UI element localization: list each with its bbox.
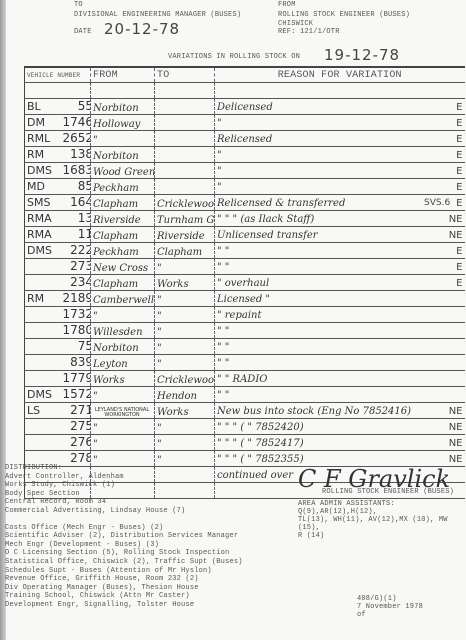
from-value: LEYLAND'S NATIONAL WORKINGTON xyxy=(93,408,151,418)
category-code: E xyxy=(456,102,462,113)
vehicle-prefix: DM xyxy=(27,116,55,129)
reason-cell: New bus into stock (Eng No 7852416)NE xyxy=(215,403,465,419)
to-cell: Turnham Gn xyxy=(155,211,215,227)
from-cell: LEYLAND'S NATIONAL WORKINGTON xyxy=(91,403,155,419)
category-code: NE xyxy=(449,438,463,449)
vehicle-number-cell: RM138 xyxy=(25,147,91,163)
vehicle-number-cell: 276 xyxy=(25,435,91,451)
from-value: Norbiton xyxy=(93,343,139,354)
vehicle-number: 278 xyxy=(55,451,91,465)
distribution-item: Schedules Supt - Buses (Attention of Mr … xyxy=(5,567,243,576)
vehicle-number: 164 xyxy=(55,195,91,209)
reason-text: " " " (as Ilack Staff) xyxy=(217,214,314,225)
to-cell: Works xyxy=(155,275,215,291)
table-row: DMS1683Wood Green"E xyxy=(25,163,465,179)
from-cell: Works xyxy=(91,371,155,387)
category-code: E xyxy=(456,278,462,289)
table-row: 273New Cross"" "E xyxy=(25,259,465,275)
vehicle-number: 271 xyxy=(55,403,91,417)
vehicle-number: 11 xyxy=(55,227,91,241)
distribution-item: Statistical Office, Chiswick (2), Traffi… xyxy=(5,558,243,567)
vehicle-number-cell: 1780 xyxy=(25,323,91,339)
from-value: Norbiton xyxy=(93,103,139,114)
from-value: Clapham xyxy=(93,231,138,242)
distribution-list: DISTRIBUTION: Advert Controller, Aldenha… xyxy=(5,464,243,610)
from-cell: Norbiton xyxy=(91,99,155,115)
category-code: NE xyxy=(449,406,463,417)
vehicle-number: 273 xyxy=(55,259,91,273)
vehicle-number-cell: 234 xyxy=(25,275,91,291)
category-code: NE xyxy=(449,230,463,241)
from-value: Willesden xyxy=(93,327,143,338)
form-reference: 408/G)(1) 7 November 1978 of xyxy=(357,595,423,619)
reason-text: " " xyxy=(217,246,229,257)
title-label: VARIATIONS IN ROLLING STOCK ON xyxy=(168,53,300,61)
to-cell xyxy=(155,131,215,147)
reason-text: " overhaul xyxy=(217,278,269,289)
from-value: " xyxy=(93,391,98,402)
vehicle-number-cell: LS271 xyxy=(25,403,91,419)
reason-cell: Unlicensed transferNE xyxy=(215,227,465,243)
category-code: NE xyxy=(449,214,463,225)
to-cell: " xyxy=(155,259,215,275)
reason-cell: " " xyxy=(215,323,465,339)
reason-cell: " overhaulE xyxy=(215,275,465,291)
table-row: 275""" " " ( " 7852420)NE xyxy=(25,419,465,435)
form-date: 7 November 1978 xyxy=(357,603,423,611)
from-value: Wood Green xyxy=(93,167,155,178)
distribution-item: Development Engr, Signalling, Tolster Ho… xyxy=(5,601,243,610)
vehicle-number: 234 xyxy=(55,275,91,289)
table-row: RML2652"RelicensedE xyxy=(25,131,465,147)
from-cell: Riverside xyxy=(91,211,155,227)
reason-cell: "E xyxy=(215,179,465,195)
table-row: SMS164ClaphamCricklewoodRelicensed & tra… xyxy=(25,195,465,211)
to-cell: Cricklewood xyxy=(155,371,215,387)
area-admin-line-1: AREA ADMIN ASSISTANTS: Q(9),AR(12),H(12)… xyxy=(298,500,466,516)
table-header-row: VEHICLE NUMBER FROM TO REASON FOR VARIAT… xyxy=(25,67,465,83)
category-code: NE xyxy=(449,454,463,465)
vehicle-number: 2652 xyxy=(55,131,91,145)
reason-text: " xyxy=(217,150,222,161)
from-cell: " xyxy=(91,387,155,403)
table-body: BL55NorbitonDelicensedEDM1746Holloway"ER… xyxy=(25,99,465,499)
vehicle-number-cell: 275 xyxy=(25,419,91,435)
reason-text: " " xyxy=(217,342,229,353)
to-cell xyxy=(155,147,215,163)
category-code: E xyxy=(456,198,462,209)
reason-cell: " " " ( " 7852420)NE xyxy=(215,419,465,435)
from-value: Holloway xyxy=(93,119,140,130)
distribution-item: Mech Engr (Development - Buses) (3) xyxy=(5,541,243,550)
col-to: TO xyxy=(155,67,215,83)
vehicle-prefix: DMS xyxy=(27,244,55,257)
from-cell: Camberwell xyxy=(91,291,155,307)
to-cell: " xyxy=(155,355,215,371)
reason-text: " " xyxy=(217,390,229,401)
vehicle-number: 1572 xyxy=(55,387,91,401)
table-row: RM2189Camberwell"Licensed " xyxy=(25,291,465,307)
to-cell: Clapham xyxy=(155,243,215,259)
area-admin-line-3: R (14) xyxy=(298,532,466,540)
table-spacer-row xyxy=(25,83,465,99)
to-cell xyxy=(155,99,215,115)
vehicle-prefix: RMA xyxy=(27,212,55,225)
distribution-item: Training School, Chiswick (Attn Mr Caste… xyxy=(5,592,243,601)
reason-cell: " " xyxy=(215,355,465,371)
vehicle-number-cell: 1732 xyxy=(25,307,91,323)
from-cell: Willesden xyxy=(91,323,155,339)
table-row: RM138Norbiton"E xyxy=(25,147,465,163)
ref-number: REF: 121/1/OTR xyxy=(278,28,340,36)
reason-text: " " xyxy=(217,326,229,337)
reason-cell: " "E xyxy=(215,243,465,259)
vehicle-prefix: SMS xyxy=(27,196,55,209)
title-date: 19-12-78 xyxy=(324,46,400,64)
from-value: Camberwell xyxy=(93,295,154,306)
to-value: DIVISIONAL ENGINEERING MANAGER (BUSES) xyxy=(74,11,241,19)
vehicle-number-cell: 1779 xyxy=(25,371,91,387)
to-cell: Riverside xyxy=(155,227,215,243)
from-cell: Peckham xyxy=(91,179,155,195)
reason-cell: Licensed " xyxy=(215,291,465,307)
category-code: E xyxy=(456,150,462,161)
vehicle-number: 1732 xyxy=(55,307,91,321)
reason-cell: "E xyxy=(215,147,465,163)
reason-text: " xyxy=(217,118,222,129)
form-code: 408/G)(1) xyxy=(357,595,423,603)
from-cell: New Cross xyxy=(91,259,155,275)
vehicle-number-cell: 273 xyxy=(25,259,91,275)
reason-cell: Relicensed & transferredESVS.6 xyxy=(215,195,465,211)
distribution-item: Div Operating Manager (Buses), Thesion H… xyxy=(5,584,243,593)
area-admin-assistants: AREA ADMIN ASSISTANTS: Q(9),AR(12),H(12)… xyxy=(298,500,466,540)
from-value: Works xyxy=(93,375,125,386)
to-cell: " xyxy=(155,291,215,307)
vehicle-number-cell: RMA13 xyxy=(25,211,91,227)
reason-text: " " xyxy=(217,358,229,369)
distribution-item: Central Record, Room 34 xyxy=(5,498,243,507)
from-cell: Clapham xyxy=(91,227,155,243)
from-label: FROM xyxy=(278,1,296,9)
to-cell xyxy=(155,115,215,131)
vehicle-number: 275 xyxy=(55,419,91,433)
from-cell: Clapham xyxy=(91,275,155,291)
from-cell: Norbiton xyxy=(91,339,155,355)
vehicle-number: 138 xyxy=(55,147,91,161)
reason-cell: "E xyxy=(215,163,465,179)
vehicle-number-cell: BL55 xyxy=(25,99,91,115)
reason-note: SVS.6 xyxy=(424,198,450,208)
reason-cell: " "E xyxy=(215,259,465,275)
reason-text: " " xyxy=(217,262,229,273)
to-cell: Hendon xyxy=(155,387,215,403)
from-cell: Leyton xyxy=(91,355,155,371)
vehicle-number-cell: RML2652 xyxy=(25,131,91,147)
from-value: " xyxy=(93,311,98,322)
from-cell: " xyxy=(91,419,155,435)
category-code: NE xyxy=(449,422,463,433)
to-cell: " xyxy=(155,307,215,323)
from-value: Norbiton xyxy=(93,151,139,162)
col-reason: REASON FOR VARIATION xyxy=(215,67,465,83)
table-row: LS271LEYLAND'S NATIONAL WORKINGTONWorksN… xyxy=(25,403,465,419)
vehicle-number: 55 xyxy=(55,99,91,113)
vehicle-number: 276 xyxy=(55,435,91,449)
table-row: 839Leyton"" " xyxy=(25,355,465,371)
from-location: CHISWICK xyxy=(278,20,313,28)
vehicle-number: 1683 xyxy=(55,163,91,177)
table-row: DM1746Holloway"E xyxy=(25,115,465,131)
vehicle-number-cell: DM1746 xyxy=(25,115,91,131)
from-cell: " xyxy=(91,435,155,451)
from-cell: Norbiton xyxy=(91,147,155,163)
reason-text: " " " ( " 7852417) xyxy=(217,438,304,449)
distribution-item: Commercial Advertising, Lindsay House (7… xyxy=(5,507,243,516)
vehicle-number-cell: RMA11 xyxy=(25,227,91,243)
table-row: BL55NorbitonDelicensedE xyxy=(25,99,465,115)
vehicle-number-cell: 839 xyxy=(25,355,91,371)
vehicle-prefix: DMS xyxy=(27,388,55,401)
from-value: " xyxy=(93,423,98,434)
vehicle-number: 1780 xyxy=(55,323,91,337)
vehicle-number: 839 xyxy=(55,355,91,369)
reason-cell: " " xyxy=(215,339,465,355)
reason-cell: " " " (as Ilack Staff)NE xyxy=(215,211,465,227)
reason-text: Licensed " xyxy=(217,294,270,305)
category-code: E xyxy=(456,166,462,177)
table-row: 234ClaphamWorks" overhaulE xyxy=(25,275,465,291)
table-row: RMA13RiversideTurnham Gn" " " (as Ilack … xyxy=(25,211,465,227)
from-value: New Cross xyxy=(93,263,148,274)
to-cell: " xyxy=(155,323,215,339)
from-value: Riverside xyxy=(93,215,141,226)
reason-text: " xyxy=(217,166,222,177)
reason-text: " " RADIO xyxy=(217,374,267,385)
table-row: 1779WorksCricklewood" " RADIO xyxy=(25,371,465,387)
vehicle-number: 75 xyxy=(55,339,91,353)
reason-text: Relicensed xyxy=(217,134,272,145)
vehicle-number: 1779 xyxy=(55,371,91,385)
vehicle-prefix: RM xyxy=(27,292,55,305)
from-value: Clapham xyxy=(93,199,138,210)
distribution-item: Advert Controller, Aldenham xyxy=(5,473,243,482)
table-row: 1732""" repaint xyxy=(25,307,465,323)
to-label: TO xyxy=(74,1,83,9)
vehicle-number-cell: MD85 xyxy=(25,179,91,195)
vehicle-number-cell: DMS1683 xyxy=(25,163,91,179)
table-row: DMS222PeckhamClapham" "E xyxy=(25,243,465,259)
reason-cell: " " RADIO xyxy=(215,371,465,387)
form-of: of xyxy=(357,611,423,619)
reason-cell: " repaint xyxy=(215,307,465,323)
table-row: 1780Willesden"" " xyxy=(25,323,465,339)
variations-table: VEHICLE NUMBER FROM TO REASON FOR VARIAT… xyxy=(24,66,465,499)
vehicle-prefix: RMA xyxy=(27,228,55,241)
reason-cell: " " " ( " 7852417)NE xyxy=(215,435,465,451)
reason-cell: " " xyxy=(215,387,465,403)
category-code: E xyxy=(456,118,462,129)
vehicle-number: 13 xyxy=(55,211,91,225)
reason-text: Unlicensed transfer xyxy=(217,230,318,241)
category-code: E xyxy=(456,182,462,193)
table-row: RMA11ClaphamRiversideUnlicensed transfer… xyxy=(25,227,465,243)
date-label: DATE xyxy=(74,28,92,36)
from-value: " xyxy=(93,135,98,146)
reason-text: " " " ( " 7852420) xyxy=(217,422,304,433)
from-value: Peckham xyxy=(93,247,139,258)
vehicle-number: 2189 xyxy=(55,291,91,305)
table-row: 276""" " " ( " 7852417)NE xyxy=(25,435,465,451)
vehicle-prefix: LS xyxy=(27,404,55,417)
signature-title: ROLLING STOCK ENGINEER (BUSES) xyxy=(322,488,454,496)
from-cell: Clapham xyxy=(91,195,155,211)
vehicle-number-cell: 75 xyxy=(25,339,91,355)
reason-cell: RelicensedE xyxy=(215,131,465,147)
distribution-item: O C Licensing Section (5), Rolling Stock… xyxy=(5,549,243,558)
from-cell: Wood Green xyxy=(91,163,155,179)
table-row: DMS1572"Hendon" " xyxy=(25,387,465,403)
to-cell: " xyxy=(155,419,215,435)
from-cell: " xyxy=(91,131,155,147)
reason-cell: DelicensedE xyxy=(215,99,465,115)
area-admin-line-2: TL(13), WH(11), AV(12),MX (10), MW (15), xyxy=(298,516,466,532)
category-code: E xyxy=(456,134,462,145)
from-cell: " xyxy=(91,307,155,323)
vehicle-number-cell: DMS1572 xyxy=(25,387,91,403)
vehicle-number: 222 xyxy=(55,243,91,257)
vehicle-number-cell: RM2189 xyxy=(25,291,91,307)
from-value: " xyxy=(93,439,98,450)
vehicle-prefix: RML xyxy=(27,132,55,145)
distribution-item: Revenue Office, Griffith House, Room 232… xyxy=(5,575,243,584)
table-row: MD85Peckham"E xyxy=(25,179,465,195)
vehicle-number: 85 xyxy=(55,179,91,193)
from-cell: Peckham xyxy=(91,243,155,259)
from-value: Leyton xyxy=(93,359,128,370)
to-cell: " xyxy=(155,435,215,451)
vehicle-prefix: MD xyxy=(27,180,55,193)
col-from: FROM xyxy=(91,67,155,83)
reason-text: " repaint xyxy=(217,310,262,321)
date-value: 20-12-78 xyxy=(104,20,180,38)
reason-text: Relicensed & transferred xyxy=(217,198,345,209)
table-row: 75Norbiton"" " xyxy=(25,339,465,355)
from-cell: Holloway xyxy=(91,115,155,131)
from-value: Clapham xyxy=(93,279,138,290)
distribution-item: Works Study, Chiswick (1) xyxy=(5,481,243,490)
reason-text: New bus into stock (Eng No 7852416) xyxy=(217,406,411,417)
to-cell xyxy=(155,179,215,195)
vehicle-number: 1746 xyxy=(55,115,91,129)
to-cell xyxy=(155,163,215,179)
distribution-item: Costs Office (Mech Engr - Buses) (2) xyxy=(5,524,243,533)
category-code: E xyxy=(456,262,462,273)
vehicle-prefix: BL xyxy=(27,100,55,113)
vehicle-number-cell: DMS222 xyxy=(25,243,91,259)
to-cell: Cricklewood xyxy=(155,195,215,211)
distribution-item: Body Spec Section xyxy=(5,490,243,499)
vehicle-number-cell: SMS164 xyxy=(25,195,91,211)
distribution-item: Scientific Adviser (2), Distribution Ser… xyxy=(5,532,243,541)
col-vehicle-number: VEHICLE NUMBER xyxy=(25,67,91,83)
vehicle-prefix: DMS xyxy=(27,164,55,177)
reason-text: " xyxy=(217,182,222,193)
from-value: Peckham xyxy=(93,183,139,194)
reason-text: Delicensed xyxy=(217,102,273,113)
to-cell: Works xyxy=(155,403,215,419)
from-value: ROLLING STOCK ENGINEER (BUSES) xyxy=(278,11,410,19)
vehicle-prefix: RM xyxy=(27,148,55,161)
reason-cell: "E xyxy=(215,115,465,131)
to-cell: " xyxy=(155,339,215,355)
distribution-heading: DISTRIBUTION: xyxy=(5,464,243,473)
category-code: E xyxy=(456,246,462,257)
